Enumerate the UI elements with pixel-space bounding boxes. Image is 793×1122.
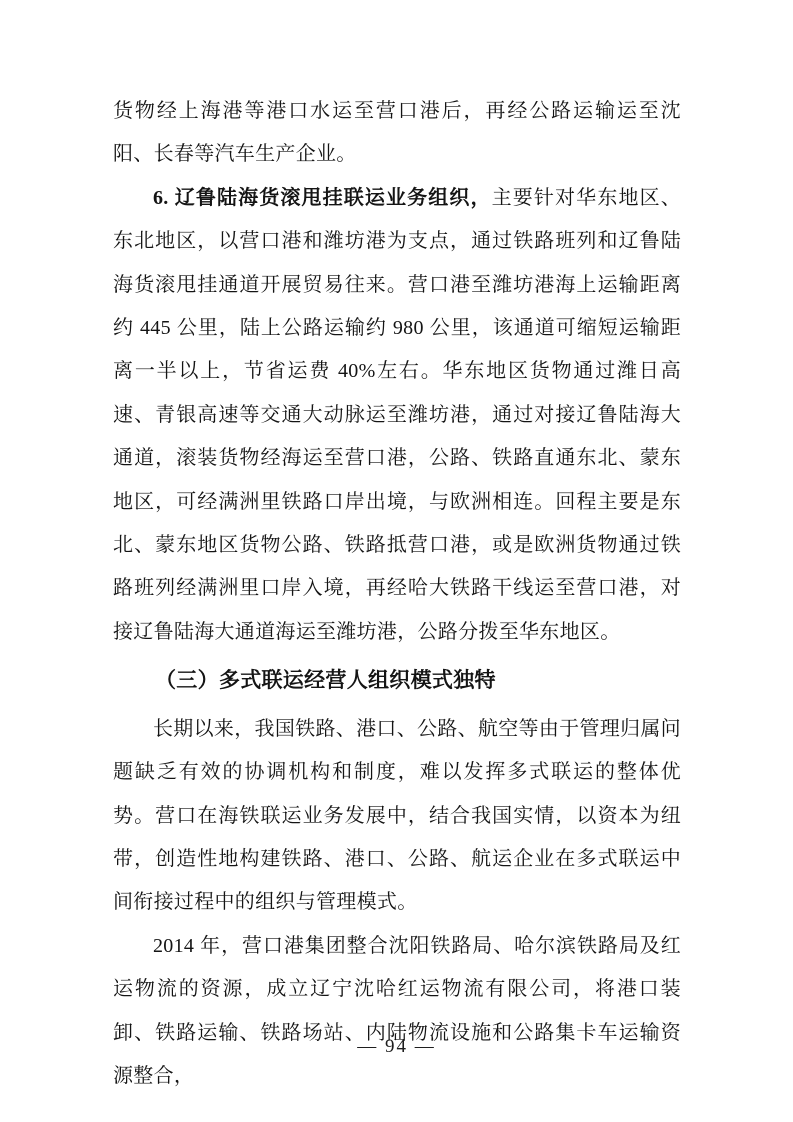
paragraph-2014: 2014 年，营口港集团整合沈阳铁路局、哈尔滨铁路局及红运物流的资源，成立辽宁沈…: [113, 925, 681, 1099]
section-heading-3-text: （三）多式联运经营人组织模式独特: [155, 668, 496, 692]
item-6-body-text: 主要针对华东地区、东北地区，以营口港和潍坊港为支点，通过铁路班列和辽鲁陆海货滚甩…: [113, 187, 681, 643]
paragraph-item-6: 6. 辽鲁陆海货滚甩挂联运业务组织，主要针对华东地区、东北地区，以营口港和潍坊港…: [113, 177, 681, 654]
page-body-text: 货物经上海港等港口水运至营口港后，再经公路运输运至沈阳、长春等汽车生产企业。 6…: [113, 90, 681, 1098]
paragraph-long-term: 长期以来，我国铁路、港口、公路、航空等由于管理归属问题缺乏有效的协调机构和制度，…: [113, 708, 681, 925]
paragraph-2014-text: 2014 年，营口港集团整合沈阳铁路局、哈尔滨铁路局及红运物流的资源，成立辽宁沈…: [113, 935, 681, 1087]
page-number: — 94 —: [0, 1036, 793, 1058]
section-heading-3: （三）多式联运经营人组织模式独特: [113, 659, 681, 702]
paragraph-long-term-text: 长期以来，我国铁路、港口、公路、航空等由于管理归属问题缺乏有效的协调机构和制度，…: [113, 718, 681, 914]
paragraph-continuation: 货物经上海港等港口水运至营口港后，再经公路运输运至沈阳、长春等汽车生产企业。: [113, 90, 681, 177]
document-page: 货物经上海港等港口水运至营口港后，再经公路运输运至沈阳、长春等汽车生产企业。 6…: [0, 0, 793, 1122]
item-6-bold-title: 6. 辽鲁陆海货滚甩挂联运业务组织，: [153, 187, 492, 209]
paragraph-continuation-text: 货物经上海港等港口水运至营口港后，再经公路运输运至沈阳、长春等汽车生产企业。: [113, 100, 681, 165]
